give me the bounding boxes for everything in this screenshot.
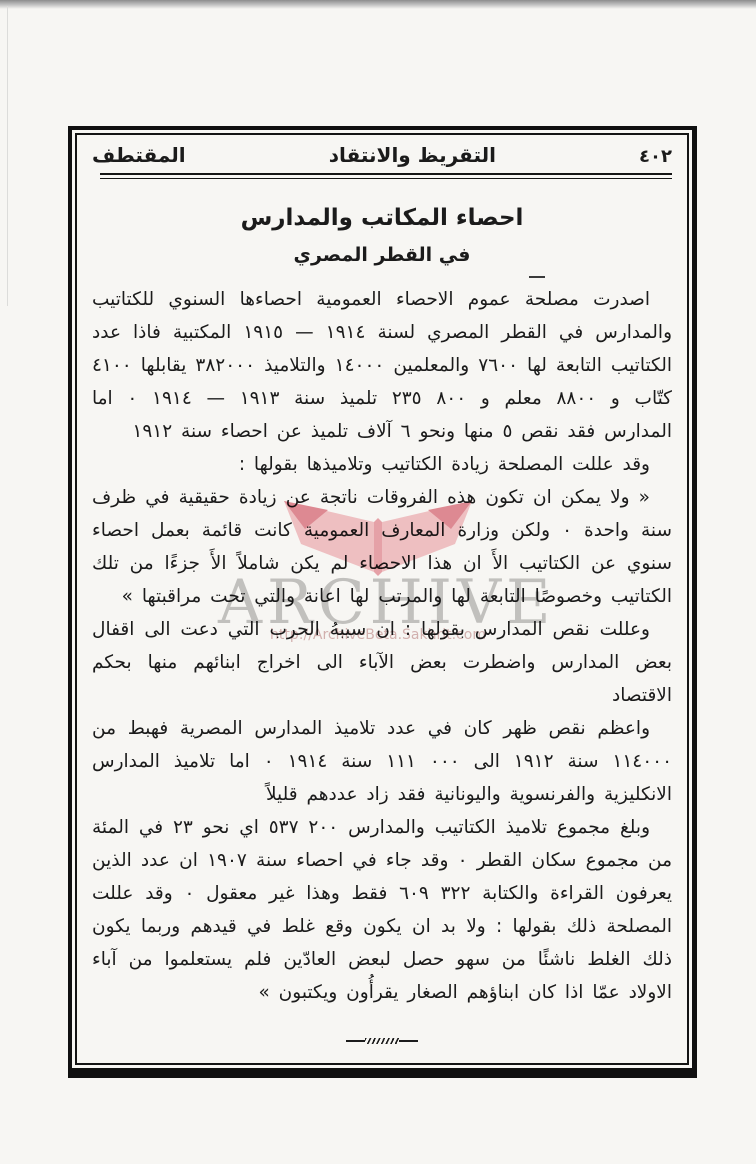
end-divider-icon bbox=[346, 1037, 418, 1044]
paragraph-2: وقد عللت المصلحة زيادة الكتاتيب وتلاميذه… bbox=[92, 448, 672, 481]
scanned-page: ٤٠٢ التقريظ والانتقاد المقتطف احصاء المك… bbox=[0, 0, 756, 1164]
paragraph-5: واعظم نقص ظهر كان في عدد تلاميذ المدارس … bbox=[92, 712, 672, 811]
paragraph-4: وعللت نقص المدارس بقولها : ان سببهُ الحر… bbox=[92, 613, 672, 712]
divider-segment bbox=[399, 1040, 418, 1042]
page-number: ٤٠٢ bbox=[639, 146, 672, 167]
header-rule bbox=[100, 173, 672, 179]
paragraph-6: وبلغ مجموع تلاميذ الكتاتيب والمدارس ٥٣٧ … bbox=[92, 811, 672, 1009]
paragraph-3-quote: « ولا يمكن ان تكون هذه الفروقات ناتجة عن… bbox=[92, 481, 672, 613]
article-title: احصاء المكاتب والمدارس bbox=[90, 205, 674, 231]
page-frame-inner: ٤٠٢ التقريظ والانتقاد المقتطف احصاء المك… bbox=[75, 133, 689, 1065]
journal-name: المقتطف bbox=[92, 143, 186, 167]
divider-zigzag bbox=[365, 1038, 398, 1044]
section-title: التقريظ والانتقاد bbox=[329, 143, 496, 167]
scan-edge-artifact bbox=[0, 0, 756, 9]
page-header: ٤٠٢ التقريظ والانتقاد المقتطف bbox=[90, 141, 674, 173]
paragraph-1: اصدرت مصلحة عموم الاحصاء العمومية احصاءه… bbox=[92, 283, 672, 448]
article-subtitle: في القطر المصري bbox=[90, 244, 674, 266]
divider-segment bbox=[346, 1040, 365, 1042]
page-frame: ٤٠٢ التقريظ والانتقاد المقتطف احصاء المك… bbox=[68, 126, 697, 1078]
dash-mark bbox=[529, 276, 545, 278]
scan-edge-artifact-left bbox=[7, 6, 8, 306]
article-body: اصدرت مصلحة عموم الاحصاء العمومية احصاءه… bbox=[92, 283, 672, 1009]
